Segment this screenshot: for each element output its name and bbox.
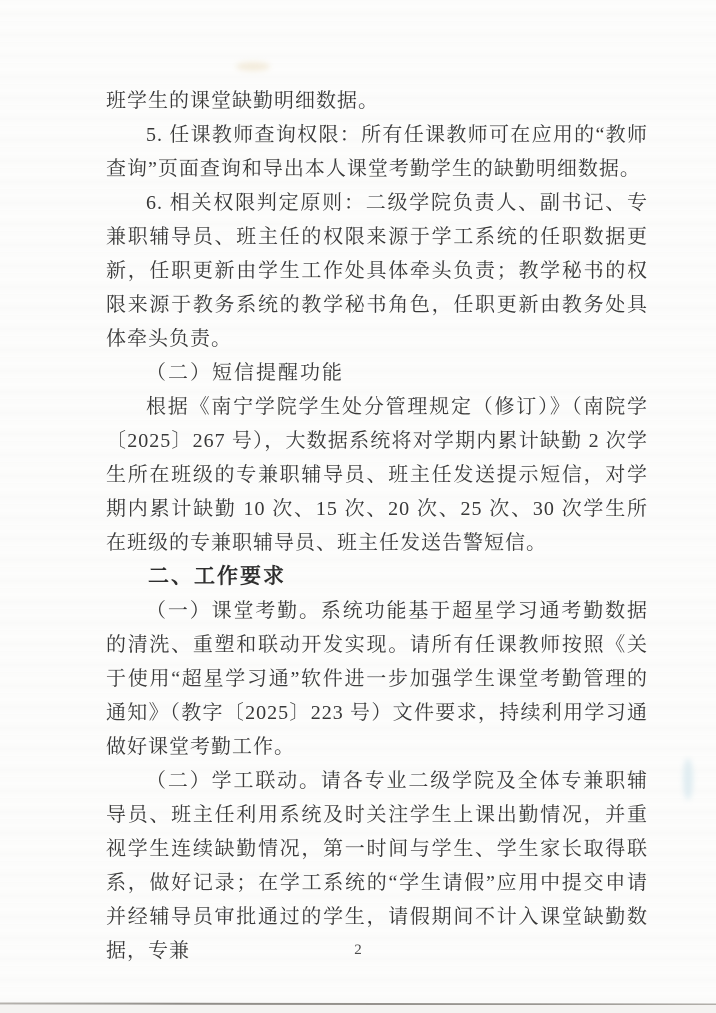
paragraph-class-attendance: （一）课堂考勤。系统功能基于超星学习通考勤数据的清洗、重塑和联动开发实现。请所有… (106, 594, 648, 764)
page-bottom-background (0, 1005, 716, 1013)
scanned-document-page: 班学生的课堂缺勤明细数据。 5. 任课教师查询权限：所有任课教师可在应用的“教师… (0, 0, 716, 1013)
document-body: 班学生的课堂缺勤明细数据。 5. 任课教师查询权限：所有任课教师可在应用的“教师… (106, 84, 648, 968)
scan-smudge-blue (683, 758, 693, 800)
subheading-sms-reminder: （二）短信提醒功能 (106, 356, 648, 390)
paragraph-item-6: 6. 相关权限判定原则：二级学院负责人、副书记、专兼职辅导员、班主任的权限来源于… (106, 186, 648, 356)
paragraph-item-5: 5. 任课教师查询权限：所有任课教师可在应用的“教师查询”页面查询和导出本人课堂… (106, 118, 648, 186)
page-number: 2 (0, 942, 716, 959)
heading-work-requirements: 二、工作要求 (106, 560, 648, 594)
paragraph-student-affairs-linkage: （二）学工联动。请各专业二级学院及全体专兼职辅导员、班主任利用系统及时关注学生上… (106, 764, 648, 968)
scan-smudge-top (236, 62, 270, 71)
paragraph-continued: 班学生的课堂缺勤明细数据。 (106, 84, 648, 118)
paragraph-sms-rules: 根据《南宁学院学生处分管理规定（修订）》（南院学〔2025〕267 号），大数据… (106, 390, 648, 560)
